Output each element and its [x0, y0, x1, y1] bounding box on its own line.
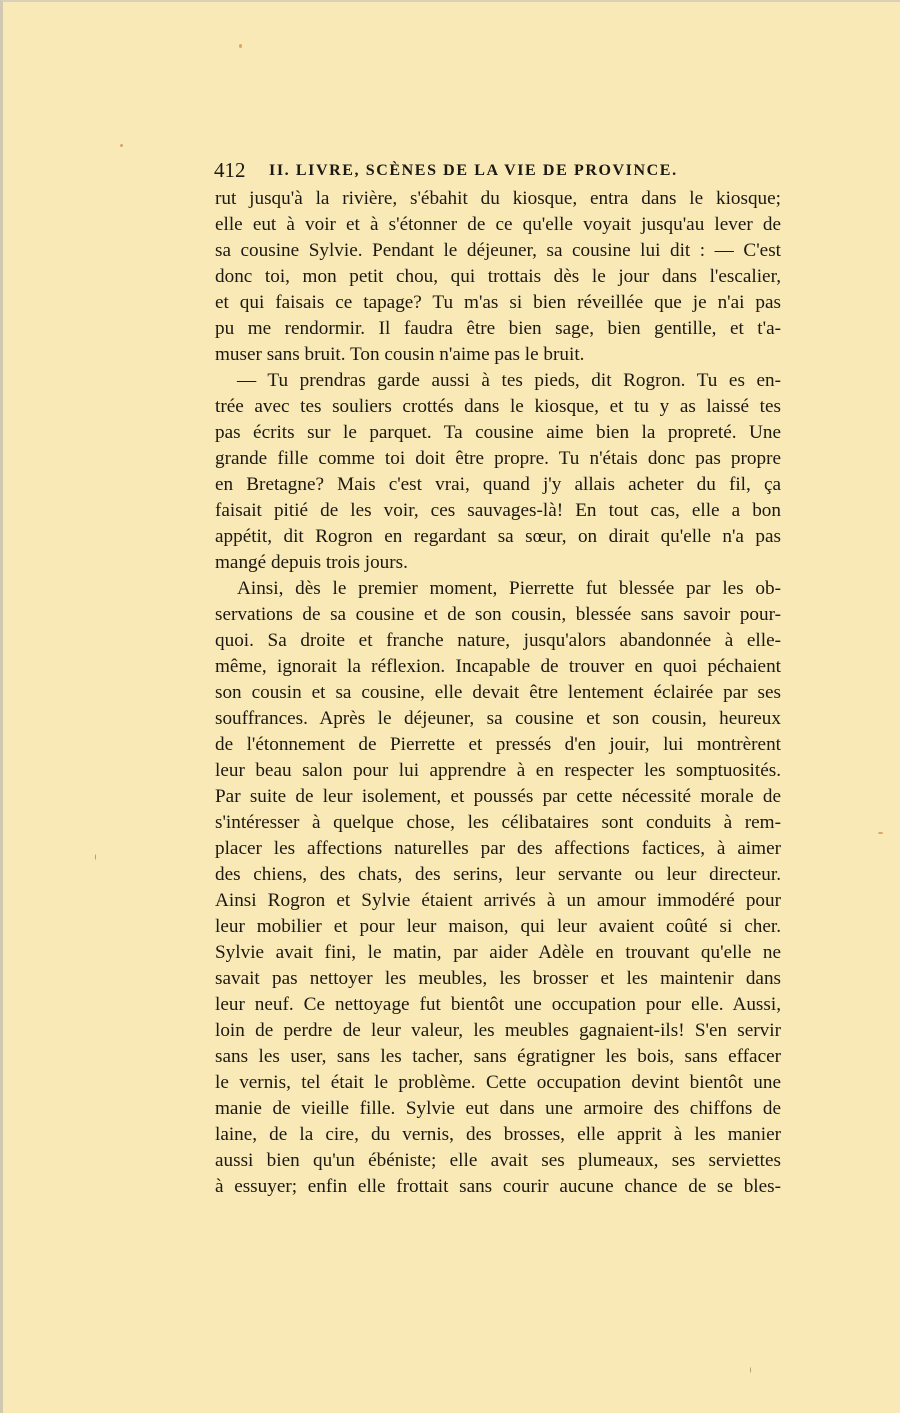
text-line: Par suite de leur isolement, et poussés … — [215, 784, 781, 810]
page-header: 412 II. LIVRE, SCÈNES DE LA VIE DE PROVI… — [214, 156, 784, 184]
text-line: leur neuf. Ce nettoyage fut bientôt une … — [215, 992, 781, 1018]
text-line: et qui faisais ce tapage? Tu m'as si bie… — [215, 290, 781, 316]
text-line: son cousin et sa cousine, elle devait êt… — [215, 680, 781, 706]
text-line: rut jusqu'à la rivière, s'ébahit du kios… — [215, 186, 781, 212]
text-line: le vernis, tel était le problème. Cette … — [215, 1070, 781, 1096]
text-line: appétit, dit Rogron en regardant sa sœur… — [215, 524, 781, 550]
text-line: à essuyer; enfin elle frottait sans cour… — [215, 1174, 781, 1200]
text-line: — Tu prendras garde aussi à tes pieds, d… — [215, 368, 781, 394]
text-line: Ainsi Rogron et Sylvie étaient arrivés à… — [215, 888, 781, 914]
page-number: 412 — [214, 156, 246, 184]
paper-speck — [239, 44, 242, 48]
text-line: donc toi, mon petit chou, qui trottais d… — [215, 264, 781, 290]
text-line: loin de perdre de leur valeur, les meubl… — [215, 1018, 781, 1044]
text-line: sa cousine Sylvie. Pendant le déjeuner, … — [215, 238, 781, 264]
text-line: souffrances. Après le déjeuner, sa cousi… — [215, 706, 781, 732]
text-line: des chiens, des chats, des serins, leur … — [215, 862, 781, 888]
text-line: faisait pitié de les voir, ces sauvages-… — [215, 498, 781, 524]
text-line: Ainsi, dès le premier moment, Pierrette … — [215, 576, 781, 602]
text-line: grande fille comme toi doit être propre.… — [215, 446, 781, 472]
text-line: placer les affections naturelles par des… — [215, 836, 781, 862]
paper-speck — [120, 144, 123, 147]
text-line: sans les user, sans les tacher, sans égr… — [215, 1044, 781, 1070]
text-line: elle eut à voir et à s'étonner de ce qu'… — [215, 212, 781, 238]
text-line: laine, de la cire, du vernis, des brosse… — [215, 1122, 781, 1148]
text-line: muser sans bruit. Ton cousin n'aime pas … — [215, 342, 781, 368]
text-line: même, ignorait la réflexion. Incapable d… — [215, 654, 781, 680]
body-text: rut jusqu'à la rivière, s'ébahit du kios… — [215, 186, 781, 1200]
text-line: Sylvie avait fini, le matin, par aider A… — [215, 940, 781, 966]
text-line: quoi. Sa droite et franche nature, jusqu… — [215, 628, 781, 654]
text-line: en Bretagne? Mais c'est vrai, quand j'y … — [215, 472, 781, 498]
text-line: mangé depuis trois jours. — [215, 550, 781, 576]
paper-speck — [750, 1367, 751, 1373]
text-line: servations de sa cousine et de son cousi… — [215, 602, 781, 628]
text-line: pas écrits sur le parquet. Ta cousine ai… — [215, 420, 781, 446]
text-line: leur beau salon pour lui apprendre à en … — [215, 758, 781, 784]
running-head: II. LIVRE, SCÈNES DE LA VIE DE PROVINCE. — [269, 158, 678, 184]
text-line: trée avec tes souliers crottés dans le k… — [215, 394, 781, 420]
text-line: leur mobilier et pour leur maison, qui l… — [215, 914, 781, 940]
text-line: manie de vieille fille. Sylvie eut dans … — [215, 1096, 781, 1122]
paper-speck — [95, 854, 96, 860]
text-line: aussi bien qu'un ébéniste; elle avait se… — [215, 1148, 781, 1174]
book-page: 412 II. LIVRE, SCÈNES DE LA VIE DE PROVI… — [0, 0, 900, 1413]
paper-speck — [878, 832, 883, 834]
text-line: savait pas nettoyer les meubles, les bro… — [215, 966, 781, 992]
text-line: s'intéresser à quelque chose, les céliba… — [215, 810, 781, 836]
text-line: de l'étonnement de Pierrette et pressés … — [215, 732, 781, 758]
text-line: pu me rendormir. Il faudra être bien sag… — [215, 316, 781, 342]
